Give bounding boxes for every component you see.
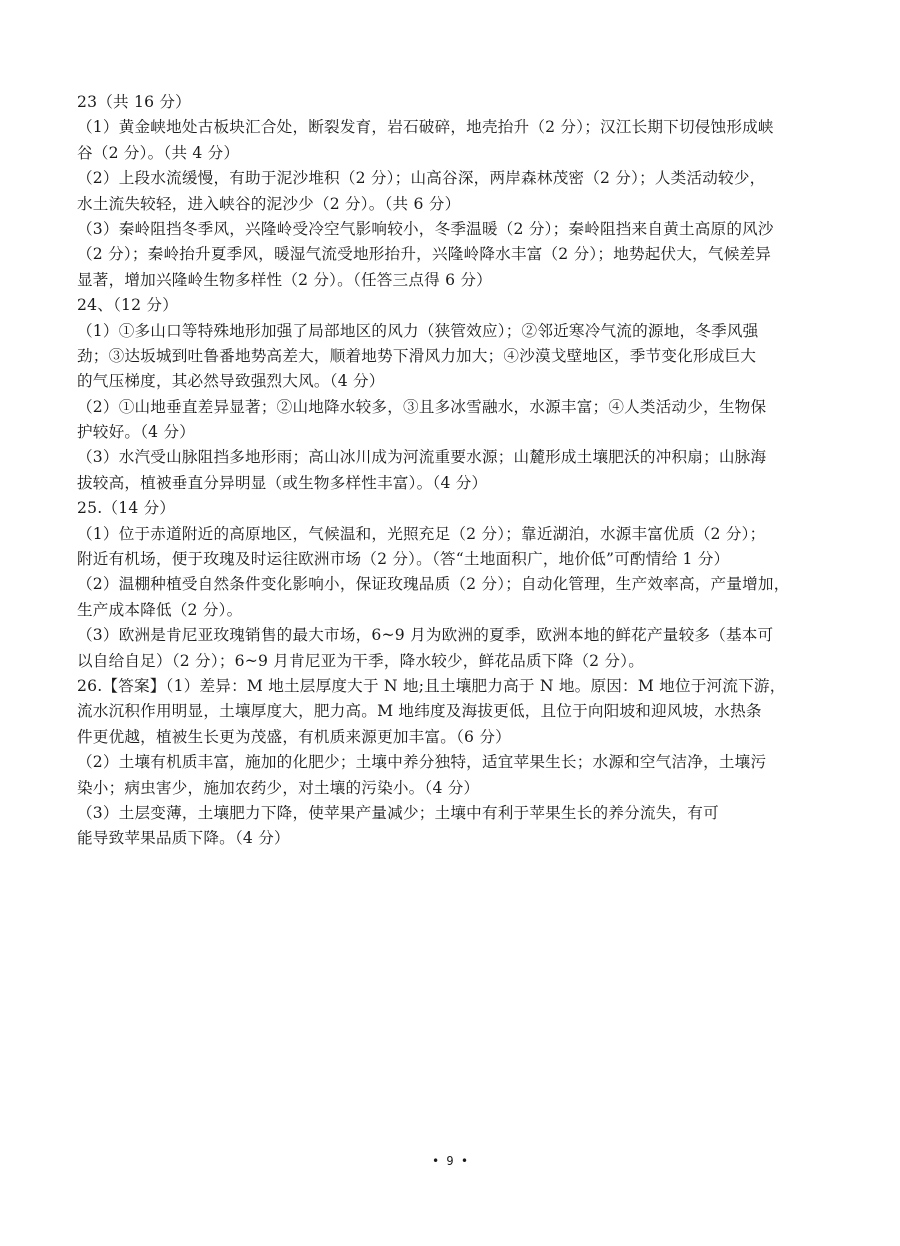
q23-part1-line: （1）黄金峡地处古板块汇合处，断裂发育，岩石破碎，地壳抬升（2 分）；汉江长期下… <box>77 115 825 140</box>
q24-part3-line: （3）水汽受山脉阻挡多地形雨；高山冰川成为河流重要水源；山麓形成土壤肥沃的冲积扇… <box>77 445 825 470</box>
q25-part3-line: 以自给自足）（2 分）；6~9 月肯尼亚为干季，降水较少，鲜花品质下降（2 分）… <box>77 649 825 674</box>
q26-part3-line: （3）土层变薄，土壤肥力下降，使苹果产量减少；土壤中有利于苹果生长的养分流失，有… <box>77 801 825 826</box>
q23-part3-line: （2 分）；秦岭抬升夏季风，暖湿气流受地形抬升，兴隆岭降水丰富（2 分）；地势起… <box>77 242 825 267</box>
q23-heading: 23（共 16 分） <box>77 90 825 115</box>
q26-part1-line: 件更优越，植被生长更为茂盛，有机质来源更加丰富。（6 分） <box>77 725 825 750</box>
q23-part2-line: （2）上段水流缓慢，有助于泥沙堆积（2 分）；山高谷深，两岸森林茂密（2 分）；… <box>77 166 825 191</box>
q24-heading: 24、（12 分） <box>77 293 825 318</box>
q23-part3-line: （3）秦岭阻挡冬季风，兴隆岭受冷空气影响较小，冬季温暖（2 分）；秦岭阻挡来自黄… <box>77 217 825 242</box>
answer-text: 23（共 16 分） （1）黄金峡地处古板块汇合处，断裂发育，岩石破碎，地壳抬升… <box>77 90 825 852</box>
q23-part1-line: 谷（2 分）。（共 4 分） <box>77 141 825 166</box>
q25-heading: 25.（14 分） <box>77 496 825 521</box>
q26-part1-line: 26.【答案】（1）差异：M 地土层厚度大于 N 地;且土壤肥力高于 N 地。原… <box>77 674 825 699</box>
q25-part2-line: （2）温棚种植受自然条件变化影响小，保证玫瑰品质（2 分）；自动化管理，生产效率… <box>77 572 825 597</box>
q24-part2-line: （2）①山地垂直差异显著；②山地降水较多，③且多冰雪融水，水源丰富；④人类活动少… <box>77 395 825 420</box>
q24-part2-line: 护较好。（4 分） <box>77 420 825 445</box>
q26-part3-line: 能导致苹果品质下降。（4 分） <box>77 826 825 851</box>
q25-part3-line: （3）欧洲是肯尼亚玫瑰销售的最大市场，6~9 月为欧洲的夏季，欧洲本地的鲜花产量… <box>77 623 825 648</box>
q24-part1-line: （1）①多山口等特殊地形加强了局部地区的风力（狭管效应）；②邻近寒冷气流的源地，… <box>77 319 825 344</box>
q23-part3-line: 显著，增加兴隆岭生物多样性（2 分）。（任答三点得 6 分） <box>77 268 825 293</box>
q23-part2-line: 水土流失较轻，进入峡谷的泥沙少（2 分）。（共 6 分） <box>77 192 825 217</box>
q26-part2-line: （2）土壤有机质丰富，施加的化肥少；土壤中养分独特，适宜苹果生长；水源和空气洁净… <box>77 750 825 775</box>
page-number: • 9 • <box>0 1154 900 1168</box>
q26-part1-line: 流水沉积作用明显，土壤厚度大，肥力高。M 地纬度及海拔更低，且位于向阳坡和迎风坡… <box>77 699 825 724</box>
q26-part2-line: 染小；病虫害少，施加农药少，对土壤的污染小。（4 分） <box>77 776 825 801</box>
q24-part1-line: 的气压梯度，其必然导致强烈大风。（4 分） <box>77 369 825 394</box>
q24-part1-line: 劲；③达坂城到吐鲁番地势高差大，顺着地势下滑风力加大；④沙漠戈壁地区，季节变化形… <box>77 344 825 369</box>
q25-part1-line: （1）位于赤道附近的高原地区，气候温和，光照充足（2 分）；靠近湖泊，水源丰富优… <box>77 522 825 547</box>
q25-part2-line: 生产成本降低（2 分）。 <box>77 598 825 623</box>
q24-part3-line: 拔较高，植被垂直分异明显（或生物多样性丰富）。（4 分） <box>77 471 825 496</box>
q25-part1-line: 附近有机场，便于玫瑰及时运往欧洲市场（2 分）。（答“土地面积广，地价低”可酌情… <box>77 547 825 572</box>
